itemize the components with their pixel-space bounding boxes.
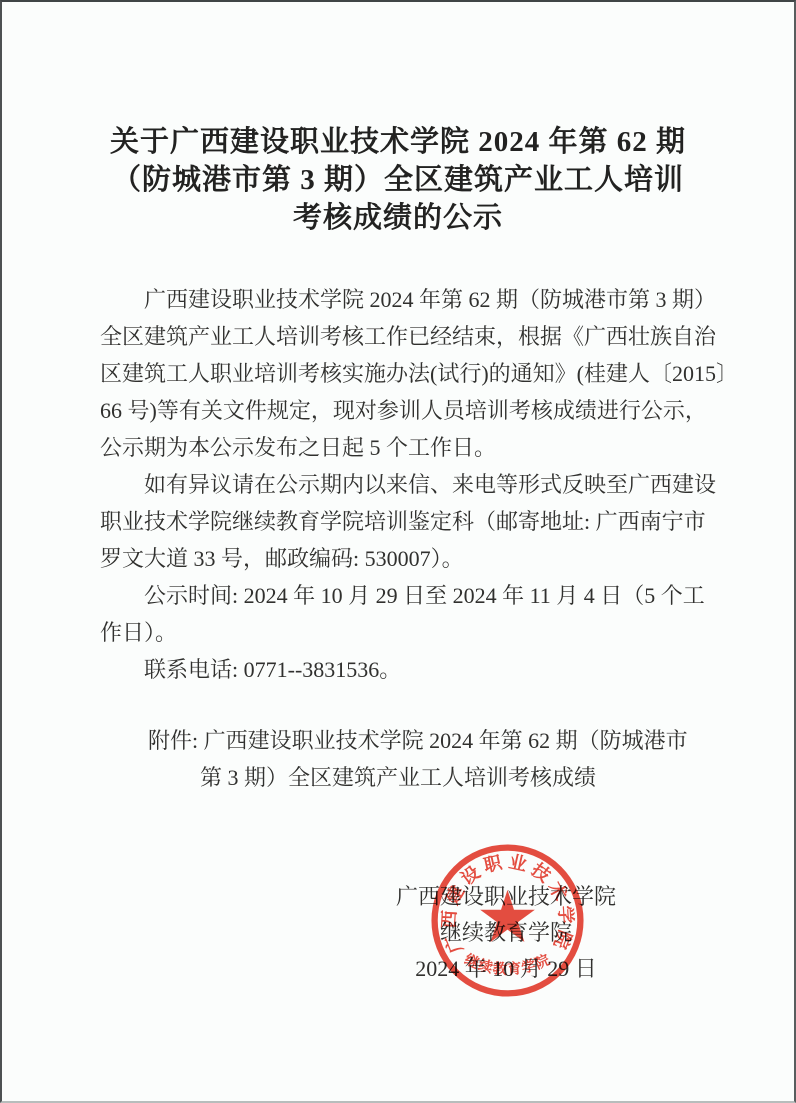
paragraph-2: 如有异议请在公示期内以来信、来电等形式反映至广西建设 职业技术学院继续教育学院培… — [100, 466, 712, 577]
attachment-line-1: 附件: 广西建设职业技术学院 2024 年第 62 期（防城港市 — [148, 722, 688, 759]
body-line: 作日）。 — [100, 614, 712, 651]
body-line: 公示时间: 2024 年 10 月 29 日至 2024 年 11 月 4 日（… — [100, 577, 712, 614]
body-line: 全区建筑产业工人培训考核工作已经结束，根据《广西壮族自治 — [100, 318, 712, 355]
title-line-3: 考核成绩的公示 — [2, 199, 794, 237]
body-line: 公示期为本公示发布之日起 5 个工作日。 — [100, 429, 712, 466]
document-page: 关于广西建设职业技术学院 2024 年第 62 期 （防城港市第 3 期）全区建… — [0, 0, 796, 1103]
body-line: 联系电话: 0771--3831536。 — [100, 651, 712, 688]
document-title: 关于广西建设职业技术学院 2024 年第 62 期 （防城港市第 3 期）全区建… — [2, 123, 794, 237]
paragraph-3: 公示时间: 2024 年 10 月 29 日至 2024 年 11 月 4 日（… — [100, 577, 712, 651]
body-line: 66 号)等有关文件规定，现对参训人员培训考核成绩进行公示， — [100, 392, 712, 429]
document-body: 广西建设职业技术学院 2024 年第 62 期（防城港市第 3 期） 全区建筑产… — [100, 281, 712, 688]
body-line: 罗文大道 33 号，邮政编码: 530007）。 — [100, 540, 712, 577]
paragraph-4: 联系电话: 0771--3831536。 — [100, 651, 712, 688]
paragraph-1: 广西建设职业技术学院 2024 年第 62 期（防城港市第 3 期） 全区建筑产… — [100, 281, 712, 466]
body-line: 如有异议请在公示期内以来信、来电等形式反映至广西建设 — [100, 466, 712, 503]
attachment-note: 附件: 广西建设职业技术学院 2024 年第 62 期（防城港市 第 3 期）全… — [148, 722, 688, 796]
body-line: 广西建设职业技术学院 2024 年第 62 期（防城港市第 3 期） — [100, 281, 712, 318]
body-line: 职业技术学院继续教育学院培训鉴定科（邮寄地址: 广西南宁市 — [100, 503, 712, 540]
title-line-1: 关于广西建设职业技术学院 2024 年第 62 期 — [2, 123, 794, 161]
seal-bottom-text: 继续教育学院 — [462, 950, 554, 978]
body-line: 区建筑工人职业培训考核实施办法(试行)的通知》(桂建人〔2015〕 — [100, 355, 712, 392]
official-seal: 广西建设职业技术学院 继续教育学院 — [431, 844, 584, 997]
attachment-line-2: 第 3 期）全区建筑产业工人培训考核成绩 — [200, 759, 688, 796]
title-line-2: （防城港市第 3 期）全区建筑产业工人培训 — [2, 161, 794, 199]
seal-star-icon — [480, 890, 535, 942]
